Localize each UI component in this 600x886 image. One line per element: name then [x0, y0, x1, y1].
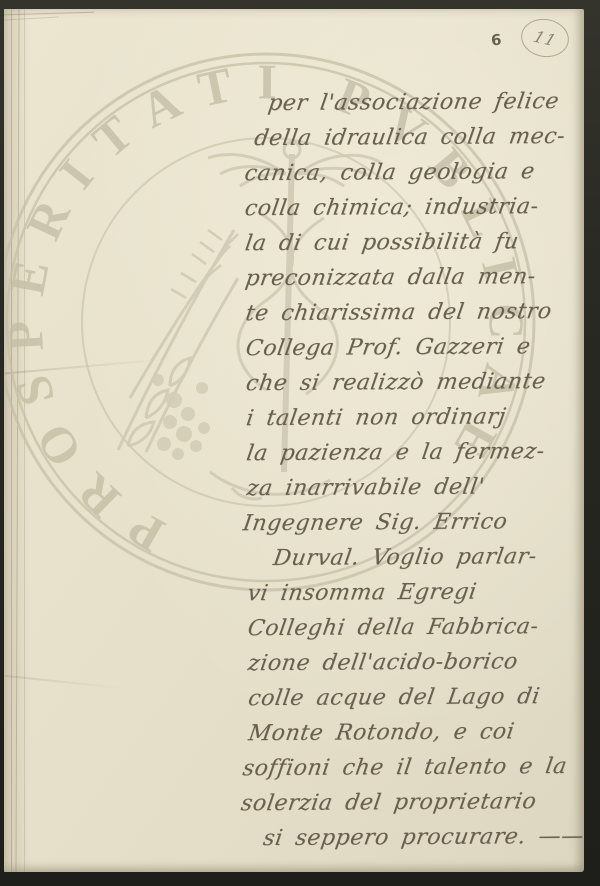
manuscript-line-6: preconizzata dalla men-: [243, 259, 584, 296]
manuscript-line-10: i talenti non ordinarj: [244, 399, 584, 436]
grape-cluster-icon: [152, 374, 210, 460]
manuscript-line-3: canica, colla geologia e: [242, 154, 584, 191]
manuscript-line-14: Durval. Voglio parlar-: [271, 539, 584, 576]
manuscript-line-1: per l'associazione felice: [266, 84, 584, 121]
penciled-page-number: 11: [531, 27, 560, 50]
manuscript-line-4: colla chimica; industria-: [242, 189, 584, 226]
manuscript-line-13: Ingegnere Sig. Errico: [240, 504, 584, 541]
manuscript-line-16: Colleghi della Fabbrica-: [245, 609, 584, 646]
paper-sheet: PROSPERITATI PVBLICAE: [4, 9, 584, 872]
manuscript-line-18: colle acque del Lago di: [246, 679, 584, 716]
manuscript-line-5: la di cui possibilità fu: [243, 224, 584, 261]
manuscript-line-19: Monte Rotondo, e coi: [246, 714, 584, 751]
manuscript-line-11: la pazienza e la fermez-: [244, 434, 584, 471]
manuscript-line-12: za inarrivabile dell': [244, 469, 584, 506]
wheat-stalks-icon: [118, 230, 238, 452]
manuscript-line-21: solerzia del proprietario: [238, 784, 584, 822]
handwritten-text-block: per l'associazione felice della idraulic…: [241, 84, 584, 856]
manuscript-line-7: te chiarissima del nostro: [243, 294, 584, 331]
stamped-page-number: 6: [490, 31, 503, 50]
manuscript-line-17: zione dell'acido-borico: [245, 644, 584, 681]
scanned-manuscript-page: PROSPERITATI PVBLICAE: [0, 0, 600, 886]
manuscript-line-15: vi insomma Egregi: [245, 574, 584, 611]
manuscript-line-9: che si realizzò mediante: [244, 364, 584, 401]
manuscript-line-22: si seppero procurare. ——: [261, 819, 584, 856]
manuscript-line-2: della idraulica colla mec-: [252, 119, 584, 156]
manuscript-line-8: Collega Prof. Gazzeri e: [243, 329, 584, 366]
manuscript-line-20: soffioni che il talento e la: [240, 749, 584, 787]
